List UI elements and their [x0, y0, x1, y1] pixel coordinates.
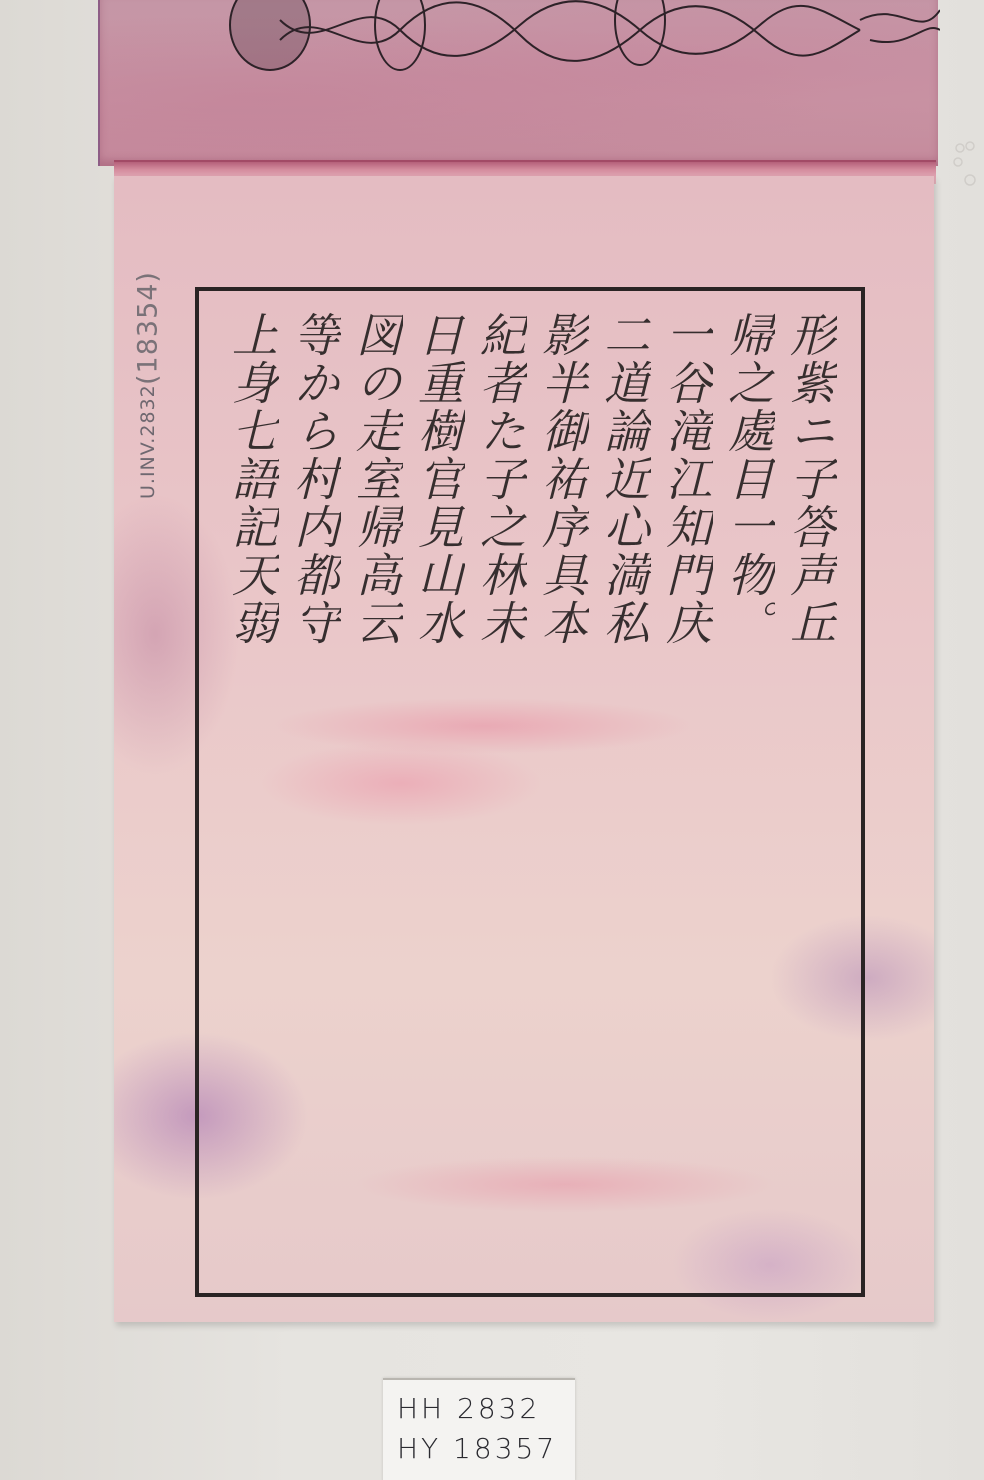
text-column: 日重樹官見山水 [407, 311, 469, 1277]
inventory-paren-number: (18354) [133, 271, 164, 385]
backdrop-dots-icon [952, 140, 978, 200]
inventory-number: U.INV.2832 [137, 385, 159, 500]
catalog-label-card: HH 2832 HY 18357 [383, 1378, 575, 1480]
text-column: 上身七語記天弱 [221, 311, 283, 1277]
knot-ornament-icon [220, 0, 940, 75]
text-column: 紀者た子之林未 [469, 311, 531, 1277]
label-line-2: HY 18357 [397, 1432, 557, 1465]
text-column: 一谷滝江知門庆 [655, 311, 717, 1277]
text-column: 二道論近心満私 [593, 311, 655, 1277]
text-frame: 形紫ニ子答声丘 帰之處目一物。 一谷滝江知門庆 二道論近心満私 影半御祐序具本 … [195, 287, 865, 1297]
text-column: 形紫ニ子答声丘 [779, 311, 841, 1277]
label-line-1: HH 2832 [397, 1392, 540, 1425]
book-page: 形紫ニ子答声丘 帰之處目一物。 一谷滝江知門庆 二道論近心満私 影半御祐序具本 … [114, 176, 934, 1322]
text-column: 影半御祐序具本 [531, 311, 593, 1277]
text-columns: 形紫ニ子答声丘 帰之處目一物。 一谷滝江知門庆 二道論近心満私 影半御祐序具本 … [221, 311, 841, 1277]
text-column: 図の走室帰高云 [345, 311, 407, 1277]
inventory-annotation: U.INV.2832(18354) [128, 205, 168, 565]
text-column: 等から村内都守 [283, 311, 345, 1277]
text-column: 帰之處目一物。 [717, 311, 779, 1277]
book-cover-leaf [98, 0, 938, 166]
